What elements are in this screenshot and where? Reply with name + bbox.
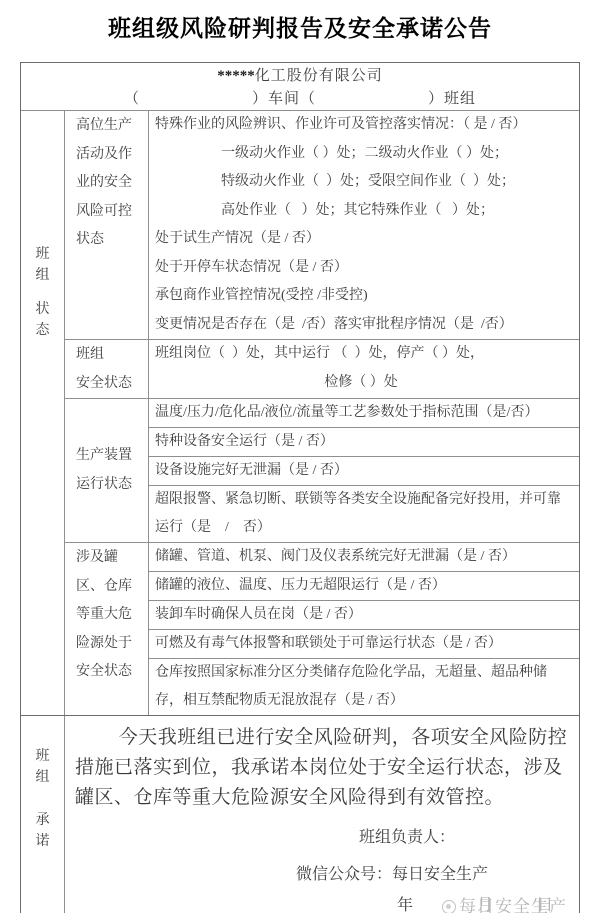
watermark-logo-icon [442, 900, 456, 913]
section-label: 班组 安全状态 [65, 340, 149, 398]
section-label: 涉及罐 区、仓库 等重大危 险源处于 安全状态 [65, 543, 149, 715]
form-row: 可燃及有毒气体报警和联锁处于可靠运行状态（是 / 否） [149, 629, 579, 658]
section-unit-operating-status: 生产装置 运行状态 温度/压力/危化品/液位/流量等工艺参数处于指标范围（是/否… [65, 398, 579, 542]
watermark-text: 每日安全生产 [459, 896, 567, 913]
commitment-content: 今天我班组已进行安全风险研判，各项安全风险防控措施已落实到位，我承诺本岗位处于安… [65, 716, 579, 913]
section-content: 特殊作业的风险辨识、作业许可及管控落实情况：（ 是 / 否） 一级动火作业（ ）… [149, 111, 579, 339]
wechat-account-label: 微信公众号：每日安全生产 [296, 864, 569, 886]
row-group-label-bottom: 状态 [35, 299, 51, 341]
company-name-text: 化工股份有限公司 [255, 68, 383, 84]
commitment-text: 今天我班组已进行安全风险研判，各项安全风险防控措施已落实到位，我承诺本岗位处于安… [75, 723, 569, 813]
form-line: 特殊作业的风险辨识、作业许可及管控落实情况：（ 是 / 否） [149, 111, 579, 140]
section-content: 储罐、管道、机泵、阀门及仪表系统完好无泄漏（是 / 否） 储罐的液位、温度、压力… [149, 543, 579, 715]
company-name-line: *****化工股份有限公司 [21, 64, 579, 88]
form-row: 储罐的液位、温度、压力无超限运行（是 / 否） [149, 571, 579, 600]
team-leader-signature-label: 班组负责人： [359, 827, 569, 849]
team-status-block: 班组 状态 高位生产 活动及作 业的安全 风险可控 状态 特殊作业的风险辨识、作… [21, 111, 579, 715]
form-row: 设备设施完好无泄漏（是 / 否） [149, 456, 579, 485]
workshop-team-blanks-line: （ ）车间（ ）班组 [21, 88, 579, 110]
team-commitment-block: 班组 承诺 今天我班组已进行安全风险研判，各项安全风险防控措施已落实到位，我承诺… [21, 715, 579, 913]
section-content: 班组岗位（ ）处，其中运行 （ ）处，停产（ ）处， 检修（ ）处 [149, 340, 579, 398]
form-line: 处于开停车状态情况（是 / 否） [149, 254, 579, 283]
section-team-safety-status: 班组 安全状态 班组岗位（ ）处，其中运行 （ ）处，停产（ ）处， 检修（ ）… [65, 339, 579, 398]
form-header: *****化工股份有限公司 （ ）车间（ ）班组 [21, 63, 579, 111]
form-line: 处于试生产情况（是 / 否） [149, 225, 579, 254]
commitment-label-top: 班组 [35, 746, 51, 788]
company-name-masked-prefix: ***** [217, 68, 255, 84]
form-line: 变更情况是否存在（是 /否）落实审批程序情况（是 /否） [149, 311, 579, 340]
row-group-label-team-status: 班组 状态 [21, 111, 65, 715]
page-title: 班组级风险研判报告及安全承诺公告 [0, 14, 600, 44]
section-high-risk-activities: 高位生产 活动及作 业的安全 风险可控 状态 特殊作业的风险辨识、作业许可及管控… [65, 111, 579, 339]
commitment-label-bottom: 承诺 [35, 810, 51, 852]
section-major-hazard-sources: 涉及罐 区、仓库 等重大危 险源处于 安全状态 储罐、管道、机泵、阀门及仪表系统… [65, 542, 579, 715]
form-row: 特种设备安全运行（是 / 否） [149, 427, 579, 456]
section-content: 温度/压力/危化品/液位/流量等工艺参数处于指标范围（是/否） 特种设备安全运行… [149, 399, 579, 542]
form-table: *****化工股份有限公司 （ ）车间（ ）班组 班组 状态 高位生产 活动及作… [20, 62, 580, 913]
date-year-label: 年 [397, 897, 413, 913]
date-line: 年 月 日 每日安全生产 [75, 895, 569, 913]
form-line: 一级动火作业（ ）处；二级动火作业（ ）处； [149, 140, 579, 169]
form-row: 储罐、管道、机泵、阀门及仪表系统完好无泄漏（是 / 否） [149, 543, 579, 571]
section-label: 高位生产 活动及作 业的安全 风险可控 状态 [65, 111, 149, 339]
form-line: 班组岗位（ ）处，其中运行 （ ）处，停产（ ）处， [149, 340, 579, 369]
watermark: 每日安全生产 [440, 896, 567, 913]
form-row: 仓库按照国家标准分区分类储存危险化学品，无超量、超品种储存，相互禁配物质无混放混… [149, 658, 579, 715]
section-label: 生产装置 运行状态 [65, 399, 149, 542]
form-line: 检修（ ）处 [149, 369, 579, 398]
form-sections: 高位生产 活动及作 业的安全 风险可控 状态 特殊作业的风险辨识、作业许可及管控… [65, 111, 579, 715]
form-line: 高处作业（ ）处；其它特殊作业（ ）处； [149, 197, 579, 226]
row-group-label-top: 班组 [35, 244, 51, 286]
form-row: 温度/压力/危化品/液位/流量等工艺参数处于指标范围（是/否） [149, 399, 579, 427]
form-line: 承包商作业管控情况(受控 /非受控) [149, 282, 579, 311]
row-group-label-team-commitment: 班组 承诺 [21, 716, 65, 913]
form-row: 装卸车时确保人员在岗（是 / 否） [149, 600, 579, 629]
form-row: 超限报警、紧急切断、联锁等各类安全设施配备完好投用，并可靠运行（是 / 否） [149, 485, 579, 542]
form-line: 特级动火作业（ ）处；受限空间作业（ ）处； [149, 168, 579, 197]
